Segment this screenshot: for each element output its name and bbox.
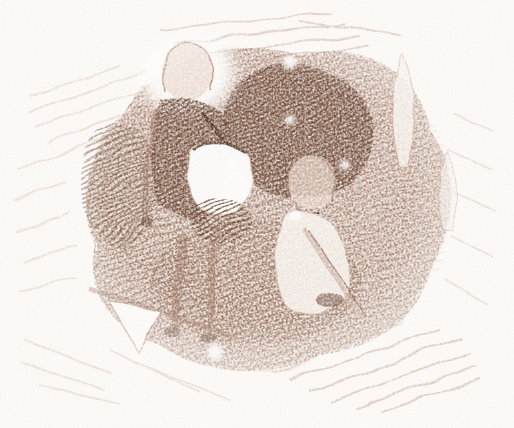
sketch-canvas: Sepia sketch of two children outdoors xyxy=(0,0,514,428)
sketch-illustration: Sepia sketch of two children outdoors xyxy=(0,0,514,428)
paper-grain-overlay xyxy=(0,0,514,428)
